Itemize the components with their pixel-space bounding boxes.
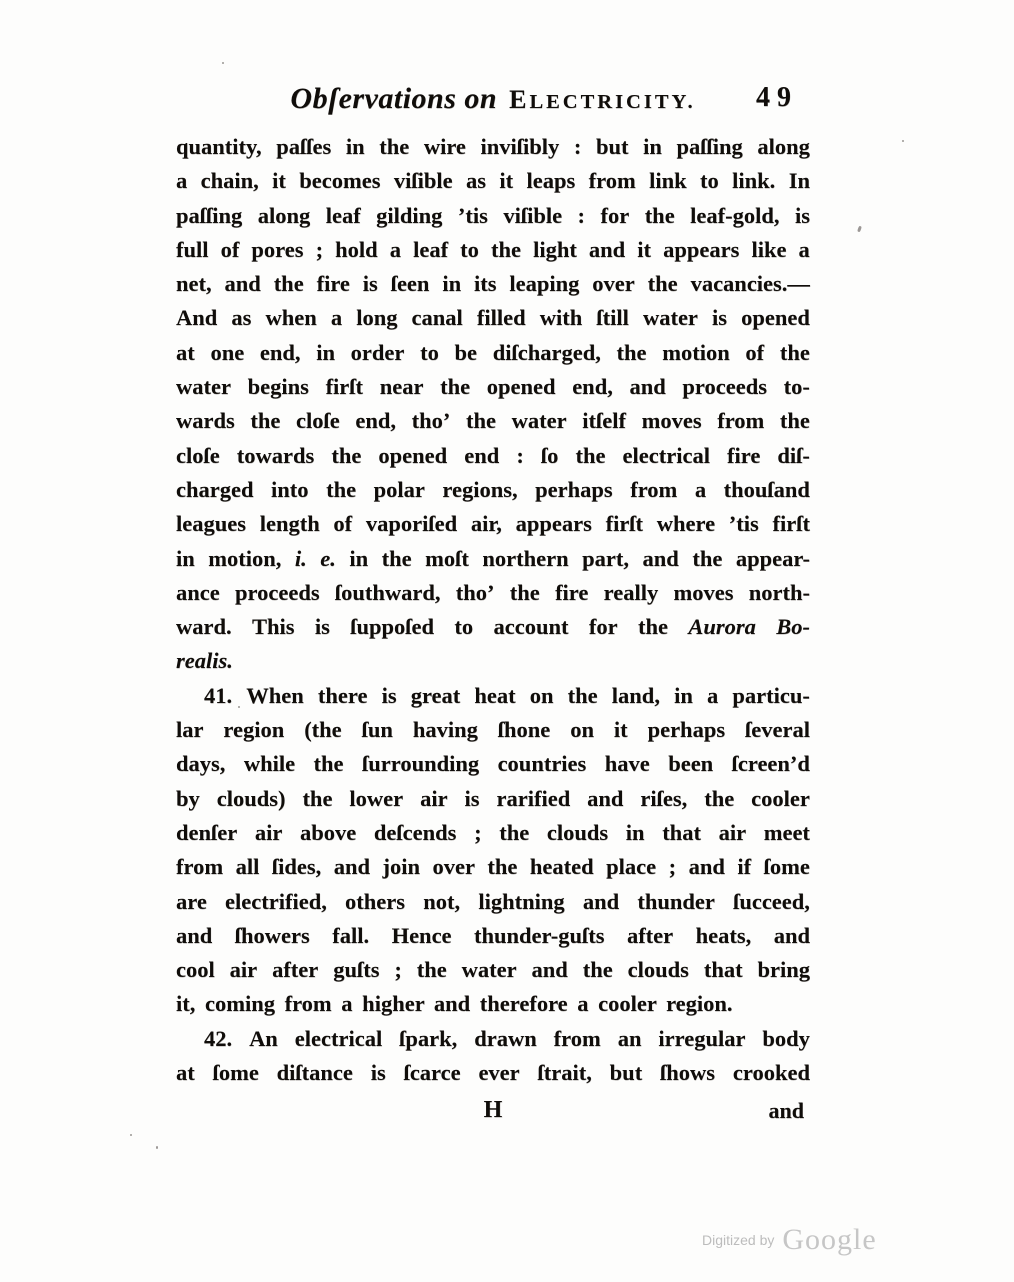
text-line: atoneend,inordertobediſcharged,themotion… (176, 336, 810, 370)
text-line: atſomediſtanceisſcarceeverſtrait,butſhow… (176, 1056, 810, 1090)
text-line: net,andthefireisſeeninitsleapingoverthev… (176, 267, 810, 301)
text-line: 42.Anelectricalſpark,drawnfromanirregula… (176, 1022, 810, 1056)
text-line: 41.Whenthereisgreatheatontheland,inapart… (176, 679, 810, 713)
text-line: coolairafterguſts;thewaterandthecloudsth… (176, 953, 810, 987)
catchword: and (769, 1093, 804, 1129)
running-title-italic: Obſervations on (290, 82, 497, 115)
text-line: ward.ThisisſuppoſedtoaccountfortheAurora… (176, 610, 810, 644)
text-line: waterbeginsfirſtneartheopenedend,andproc… (176, 370, 810, 404)
text-line: Andaswhenalongcanalfilledwithſtillwateri… (176, 301, 810, 335)
page-number: 49 (756, 82, 798, 114)
running-title: Obſervations onELECTRICITY. (176, 82, 810, 116)
text-line: fullofpores;holdaleaftothelightanditappe… (176, 233, 810, 267)
google-logo: Google (782, 1223, 876, 1257)
text-line: achain,itbecomesviſibleasitleapsfromlink… (176, 164, 810, 198)
google-watermark: Digitized by Google (702, 1220, 877, 1260)
text-line: it, coming from a higher and therefore a… (176, 987, 810, 1021)
text-line: cloſetowardstheopenedend:ſotheelectrical… (176, 439, 810, 473)
text-line: realis. (176, 644, 810, 678)
text-line: inmotion,i.e.inthemoſtnorthernpart,andth… (176, 542, 810, 576)
text-line: days,whiletheſurroundingcountrieshavebee… (176, 747, 810, 781)
text-line: wardsthecloſeend,tho’thewateritſelfmoves… (176, 404, 810, 438)
text-line: chargedintothepolarregions,perhapsfromat… (176, 473, 810, 507)
text-line: leagueslengthofvaporiſedair,appearsfirſt… (176, 507, 810, 541)
text-line: byclouds)thelowerairisrarifiedandriſes,t… (176, 782, 810, 816)
signature-mark: H (176, 1092, 810, 1128)
text-line: denſerairabovedeſcends;thecloudsinthatai… (176, 816, 810, 850)
text-line: paſſingalongleafgilding’tisviſible:forth… (176, 199, 810, 233)
digitized-by-label: Digitized by (702, 1232, 774, 1248)
text-line: larregion(theſunhavingſhoneonitperhapsſe… (176, 713, 810, 747)
running-title-caps: ELECTRICITY. (509, 95, 695, 112)
text-line: areelectrified,othersnot,lightningandthu… (176, 885, 810, 919)
signature-row: H and (176, 1092, 810, 1128)
page-header: Obſervations onELECTRICITY. 49 (176, 82, 810, 122)
body-text: quantity,paſſesinthewireinviſibly:butinp… (176, 130, 810, 1090)
text-line: anceproceedsſouthward,tho’thefirereallym… (176, 576, 810, 610)
text-line: fromallſides,andjoinovertheheatedplace;a… (176, 850, 810, 884)
text-line: andſhowersfall.Hencethunder-guſtsafterhe… (176, 919, 810, 953)
text-line: quantity,paſſesinthewireinviſibly:butinp… (176, 130, 810, 164)
